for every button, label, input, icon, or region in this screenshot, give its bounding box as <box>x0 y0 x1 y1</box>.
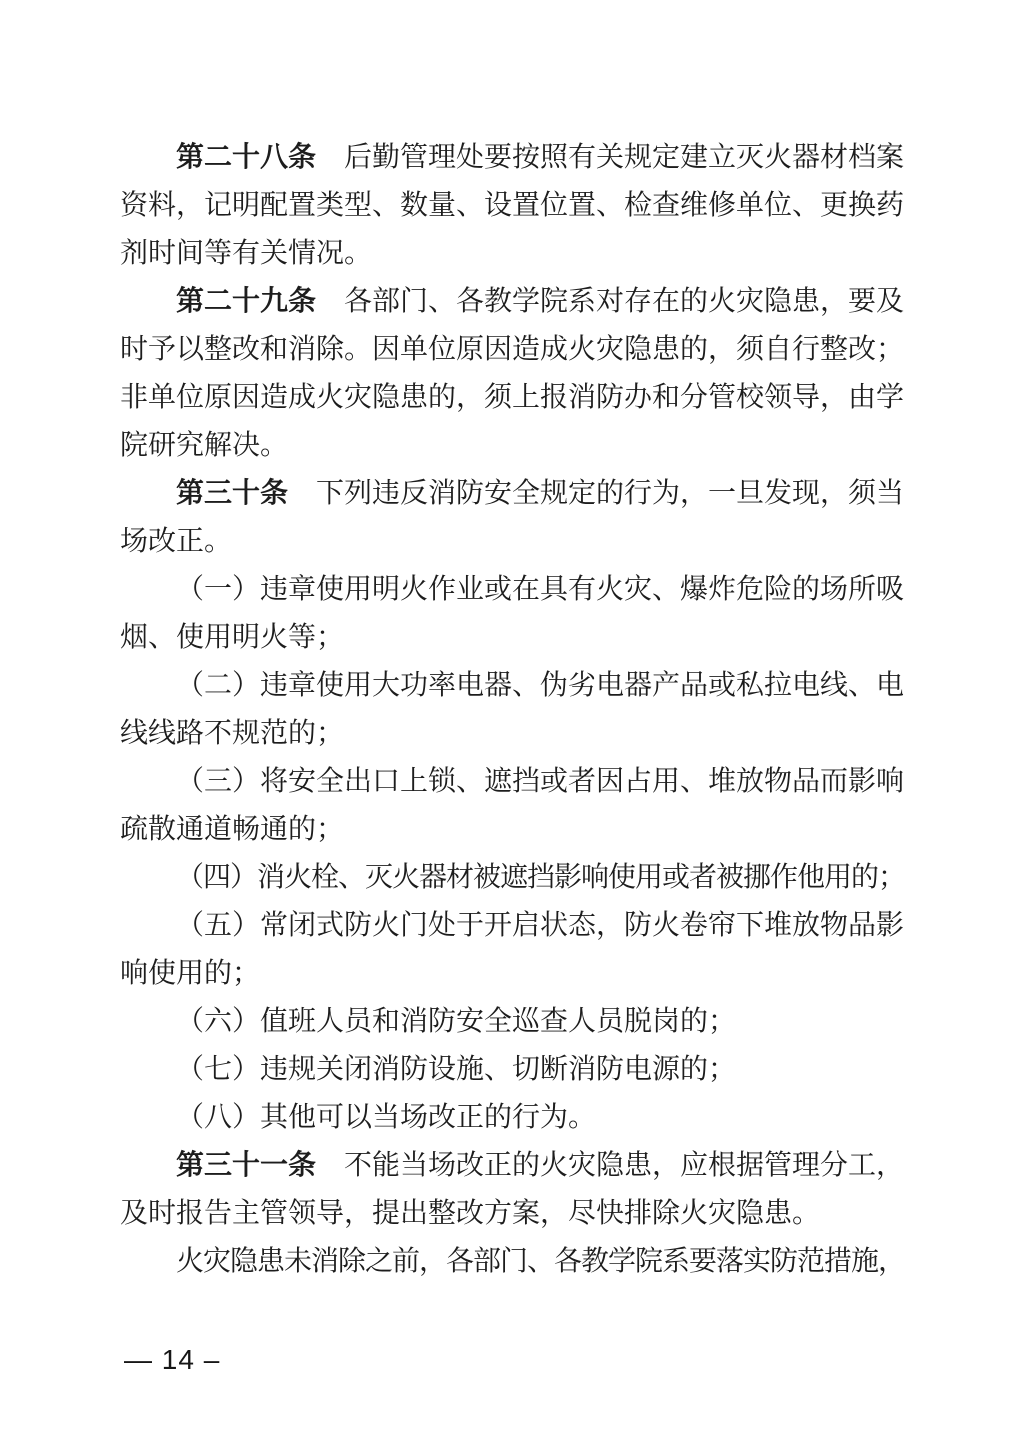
article-number: 第二十八条 <box>176 142 316 173</box>
text-line: 烟、使用明火等； <box>120 614 904 662</box>
text-line: （七）违规关闭消防设施、切断消防电源的； <box>120 1046 904 1094</box>
line-text: 不能当场改正的火灾隐患，应根据管理分工， <box>344 1150 904 1181</box>
article-number: 第三十一条 <box>176 1150 316 1181</box>
document-page: 第二十八条后勤管理处要按照有关规定建立灭火器材档案 资料，记明配置类型、数量、设… <box>0 0 1024 1448</box>
text-line: （五）常闭式防火门处于开启状态，防火卷帘下堆放物品影 <box>120 902 904 950</box>
text-line: 资料，记明配置类型、数量、设置位置、检查维修单位、更换药 <box>120 182 904 230</box>
text-line: 时予以整改和消除。因单位原因造成火灾隐患的，须自行整改； <box>120 326 904 374</box>
text-line: （二）违章使用大功率电器、伪劣电器产品或私拉电线、电 <box>120 662 904 710</box>
page-number: — 14 – <box>124 1336 220 1384</box>
text-line: 非单位原因造成火灾隐患的，须上报消防办和分管校领导，由学 <box>120 374 904 422</box>
text-line: （一）违章使用明火作业或在具有火灾、爆炸危险的场所吸 <box>120 566 904 614</box>
text-line: 疏散通道畅通的； <box>120 806 904 854</box>
text-line: 线线路不规范的； <box>120 710 904 758</box>
text-line: 第二十九条各部门、各教学院系对存在的火灾隐患，要及 <box>120 278 904 326</box>
text-line: 火灾隐患未消除之前，各部门、各教学院系要落实防范措施， <box>120 1238 904 1286</box>
text-line: 场改正。 <box>120 518 904 566</box>
text-line: （四）消火栓、灭火器材被遮挡影响使用或者被挪作他用的； <box>120 854 904 902</box>
text-line: 响使用的； <box>120 950 904 998</box>
text-line: 及时报告主管领导，提出整改方案，尽快排除火灾隐患。 <box>120 1190 904 1238</box>
text-line: 剂时间等有关情况。 <box>120 230 904 278</box>
line-text: 下列违反消防安全规定的行为，一旦发现，须当 <box>316 478 904 509</box>
text-line: （三）将安全出口上锁、遮挡或者因占用、堆放物品而影响 <box>120 758 904 806</box>
text-line: 第二十八条后勤管理处要按照有关规定建立灭火器材档案 <box>120 134 904 182</box>
text-line: （八）其他可以当场改正的行为。 <box>120 1094 904 1142</box>
text-line: （六）值班人员和消防安全巡查人员脱岗的； <box>120 998 904 1046</box>
line-text: 后勤管理处要按照有关规定建立灭火器材档案 <box>344 142 904 173</box>
text-line: 院研究解决。 <box>120 422 904 470</box>
text-line: 第三十条下列违反消防安全规定的行为，一旦发现，须当 <box>120 470 904 518</box>
line-text: 各部门、各教学院系对存在的火灾隐患，要及 <box>344 286 904 317</box>
text-line: 第三十一条不能当场改正的火灾隐患，应根据管理分工， <box>120 1142 904 1190</box>
article-number: 第三十条 <box>176 478 288 509</box>
article-number: 第二十九条 <box>176 286 316 317</box>
document-body: 第二十八条后勤管理处要按照有关规定建立灭火器材档案 资料，记明配置类型、数量、设… <box>120 134 904 1286</box>
